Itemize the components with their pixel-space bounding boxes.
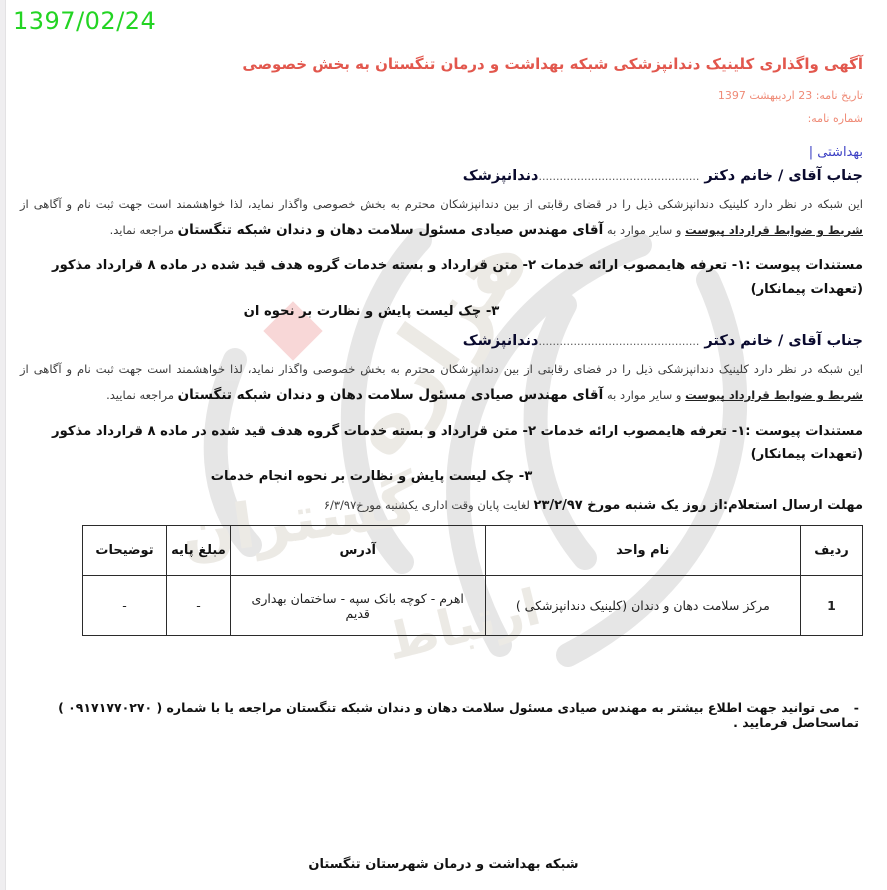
document-page: هزاره گستران ارتباط 1397/02/24 آگهی واگذ…	[0, 0, 887, 890]
category-label: بهداشتی |	[20, 145, 863, 160]
units-table: ردیف نام واحد آدرس مبلغ پایه توضیحات 1 م…	[82, 525, 863, 636]
para2-start: این شبکه در نظر دارد کلینیک دندانپزشکی ذ…	[20, 362, 863, 376]
paragraph-1: این شبکه در نظر دارد کلینیک دندانپزشکی ذ…	[20, 192, 863, 244]
fill-in-dots: ........................................…	[539, 335, 700, 348]
deadline-rest: لغایت پایان وقت اداری یکشنبه مورخ۶/۳/۹۷	[324, 498, 530, 512]
attachments-line-1: مستندات پیوست :۱- تعرفه هایمصوب ارائه خد…	[20, 254, 863, 302]
contact-info-line: -می توانید جهت اطلاع بیشتر به مهندس صیاد…	[20, 700, 863, 730]
attachments-line-2b: ۳- چک لیست پایش و نظارت بر نحوه انجام خد…	[20, 469, 723, 484]
col-header-row-number: ردیف	[801, 526, 863, 576]
cell-row-number: 1	[801, 576, 863, 636]
para2-contact-name: آقای مهندس صیادی مسئول سلامت دهان و دندا…	[178, 387, 604, 403]
salutation-prefix: جناب آقای / خانم دکتر	[704, 168, 863, 184]
paragraph-2: این شبکه در نظر دارد کلینیک دندانپزشکی ذ…	[20, 357, 863, 409]
letter-body: آگهی واگذاری کلینیک دندانپزشکی شبکه بهدا…	[0, 0, 887, 890]
salutation-line-1: جناب آقای / خانم دکتر ..................…	[20, 168, 863, 184]
salutation-line-2: جناب آقای / خانم دکتر ..................…	[20, 333, 863, 349]
para2-mid: و سایر موارد به	[607, 388, 682, 402]
cell-unit-name: مرکز سلامت دهان و دندان (کلینیک دندانپزش…	[485, 576, 801, 636]
col-header-notes: توضیحات	[83, 526, 167, 576]
letter-number: شماره نامه:	[20, 112, 863, 125]
para1-terms-link: شریط و ضوابط قرارداد پیوست	[685, 223, 863, 237]
attachments-line-2: ۳- چک لیست پایش و نظارت بر نحوه ان	[20, 304, 723, 319]
salutation-suffix: دندانپزشک	[463, 333, 539, 349]
fill-in-dots: ........................................…	[539, 170, 700, 183]
cell-base-price: -	[166, 576, 230, 636]
contact-text: می توانید جهت اطلاع بیشتر به مهندس صیادی…	[58, 700, 859, 730]
table-row: 1 مرکز سلامت دهان و دندان (کلینیک دندانپ…	[83, 576, 863, 636]
para1-contact-name: آقای مهندس صیادی مسئول سلامت دهان و دندا…	[178, 222, 604, 238]
col-header-address: آدرس	[230, 526, 485, 576]
salutation-suffix: دندانپزشک	[463, 168, 539, 184]
para1-mid: و سایر موارد به	[607, 223, 682, 237]
list-bullet: -	[854, 700, 859, 715]
para1-end: مراجعه نماید.	[110, 223, 174, 237]
para2-terms-link: شریط و ضوابط قرارداد پیوست	[685, 388, 863, 402]
cell-notes: -	[83, 576, 167, 636]
col-header-unit-name: نام واحد	[485, 526, 801, 576]
para2-end: مراجعه نمایید.	[106, 388, 174, 402]
para1-start: این شبکه در نظر دارد کلینیک دندانپزشکی ذ…	[20, 197, 863, 211]
deadline-start-date: از روز یک شنبه مورخ ۲۳/۲/۹۷	[534, 498, 723, 513]
salutation-prefix: جناب آقای / خانم دکتر	[704, 333, 863, 349]
deadline-label: مهلت ارسال استعلام:	[723, 498, 863, 513]
col-header-base-price: مبلغ پایه	[166, 526, 230, 576]
deadline-line: مهلت ارسال استعلام:از روز یک شنبه مورخ ۲…	[20, 498, 863, 513]
page-title: آگهی واگذاری کلینیک دندانپزشکی شبکه بهدا…	[20, 55, 863, 73]
letter-date: تاریخ نامه: 23 اردیبهشت 1397	[20, 89, 863, 102]
table-header-row: ردیف نام واحد آدرس مبلغ پایه توضیحات	[83, 526, 863, 576]
organization-footer: شبکه بهداشت و درمان شهرستان تنگستان	[0, 857, 887, 872]
attachments-line-1b: مستندات پیوست :۱- تعرفه هایمصوب ارائه خد…	[20, 420, 863, 468]
cell-address: اهرم - کوچه بانک سپه - ساختمان بهداری قد…	[230, 576, 485, 636]
